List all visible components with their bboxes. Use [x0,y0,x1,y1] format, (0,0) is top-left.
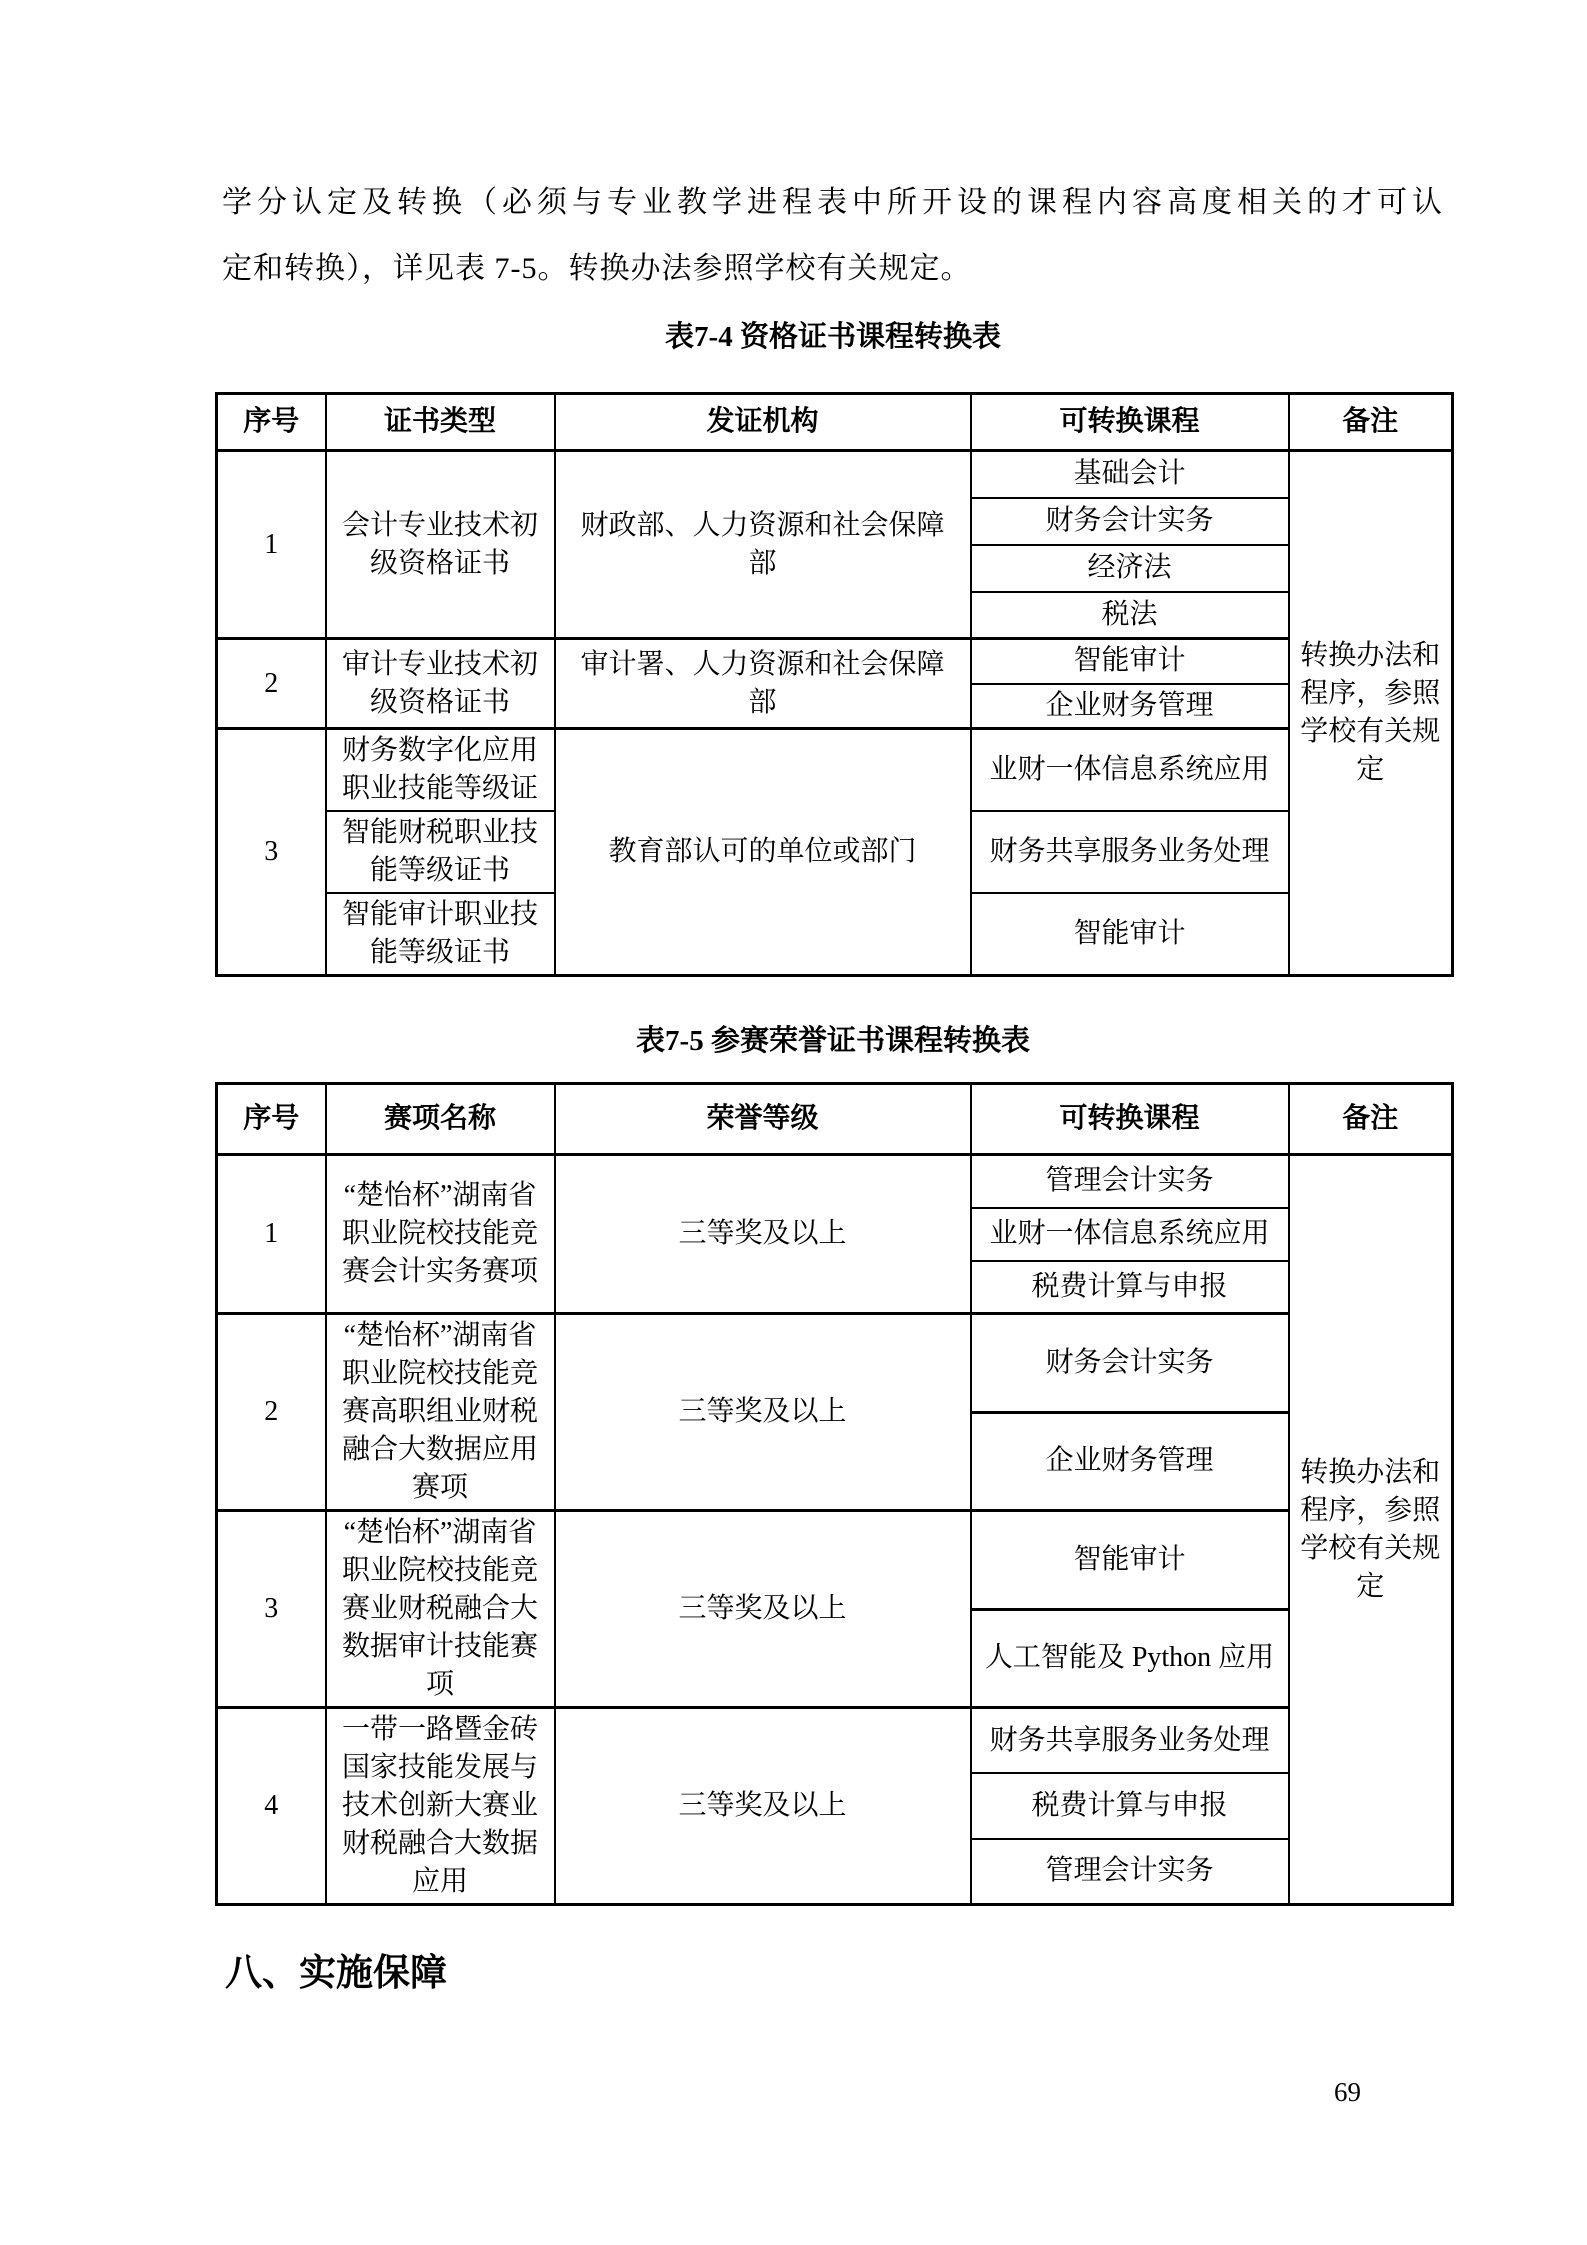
header-no: 序号 [217,1084,326,1155]
cell-cert-type: 审计专业技术初级资格证书 [326,639,555,729]
cell-course: 人工智能及 Python 应用 [971,1609,1289,1708]
cell-cert-type: 财务数字化应用职业技能等级证 [326,729,555,812]
cell-no: 3 [217,1511,326,1708]
page-number: 69 [1334,2076,1361,2108]
cell-course: 经济法 [971,545,1289,592]
cell-no: 2 [217,1314,326,1511]
cell-course: 财务共享服务业务处理 [971,1708,1289,1774]
cell-course: 业财一体信息系统应用 [971,1208,1289,1261]
cell-course: 财务共享服务业务处理 [971,811,1289,893]
header-note: 备注 [1289,1084,1453,1155]
table-row: 1会计专业技术初级资格证书财政部、人力资源和社会保障部基础会计转换办法和程序，参… [217,451,1453,498]
cell-course: 税法 [971,592,1289,639]
cell-honor-grade: 三等奖及以上 [555,1155,971,1314]
cell-no: 1 [217,1155,326,1314]
cell-course: 财务会计实务 [971,498,1289,545]
cell-cert-type: 会计专业技术初级资格证书 [326,451,555,639]
document-page: { "paragraph": { "line1": "学分认定及转换（必须与专业… [0,0,1587,2245]
section-heading: 八、实施保障 [225,1950,447,1996]
cell-cert-type: 智能审计职业技能等级证书 [326,893,555,976]
cell-event-name: “楚怡杯”湖南省职业院校技能竞赛会计实务赛项 [326,1155,555,1314]
cell-course: 智能审计 [971,1511,1289,1610]
header-no: 序号 [217,394,326,451]
cell-no: 3 [217,729,326,976]
header-event-name: 赛项名称 [326,1084,555,1155]
cell-course: 税费计算与申报 [971,1261,1289,1314]
header-course: 可转换课程 [971,394,1289,451]
cell-honor-grade: 三等奖及以上 [555,1314,971,1511]
table-7-5-caption: 表7-5 参赛荣誉证书课程转换表 [215,1024,1451,1058]
cell-honor-grade: 三等奖及以上 [555,1511,971,1708]
cell-course: 税费计算与申报 [971,1773,1289,1839]
table-7-4: 序号证书类型发证机构可转换课程备注1会计专业技术初级资格证书财政部、人力资源和社… [215,392,1454,977]
cell-no: 2 [217,639,326,729]
cell-course: 基础会计 [971,451,1289,498]
header-course: 可转换课程 [971,1084,1289,1155]
cell-cert-type: 智能财税职业技能等级证书 [326,811,555,893]
table-row: 2审计专业技术初级资格证书审计署、人力资源和社会保障部智能审计 [217,639,1453,684]
cell-course: 企业财务管理 [971,1412,1289,1511]
cell-issuer: 财政部、人力资源和社会保障部 [555,451,971,639]
header-note: 备注 [1289,394,1453,451]
header-cert-type: 证书类型 [326,394,555,451]
cell-event-name: 一带一路暨金砖国家技能发展与技术创新大赛业财税融合大数据应用 [326,1708,555,1905]
cell-event-name: “楚怡杯”湖南省职业院校技能竞赛业财税融合大数据审计技能赛项 [326,1511,555,1708]
paragraph-line-1: 学分认定及转换（必须与专业教学进程表中所开设的课程内容高度相关的才可认 [222,183,1462,223]
cell-note: 转换办法和程序，参照学校有关规定 [1289,451,1453,976]
cell-course: 财务会计实务 [971,1314,1289,1413]
table-row: 3“楚怡杯”湖南省职业院校技能竞赛业财税融合大数据审计技能赛项三等奖及以上智能审… [217,1511,1453,1610]
table-row: 2“楚怡杯”湖南省职业院校技能竞赛高职组业财税融合大数据应用赛项三等奖及以上财务… [217,1314,1453,1413]
cell-course: 智能审计 [971,893,1289,976]
cell-no: 1 [217,451,326,639]
table-7-4-caption: 表7-4 资格证书课程转换表 [215,320,1451,354]
cell-event-name: “楚怡杯”湖南省职业院校技能竞赛高职组业财税融合大数据应用赛项 [326,1314,555,1511]
cell-note: 转换办法和程序，参照学校有关规定 [1289,1155,1453,1905]
cell-honor-grade: 三等奖及以上 [555,1708,971,1905]
cell-course: 智能审计 [971,639,1289,684]
header-issuer: 发证机构 [555,394,971,451]
cell-issuer: 教育部认可的单位或部门 [555,729,971,976]
paragraph-line-2: 定和转换），详见表 7-5。转换办法参照学校有关规定。 [222,249,1462,289]
table-row: 4一带一路暨金砖国家技能发展与技术创新大赛业财税融合大数据应用三等奖及以上财务共… [217,1708,1453,1774]
cell-course: 企业财务管理 [971,684,1289,729]
table-row: 3财务数字化应用职业技能等级证教育部认可的单位或部门业财一体信息系统应用 [217,729,1453,812]
header-honor-grade: 荣誉等级 [555,1084,971,1155]
table-row: 1“楚怡杯”湖南省职业院校技能竞赛会计实务赛项三等奖及以上管理会计实务转换办法和… [217,1155,1453,1208]
cell-course: 管理会计实务 [971,1839,1289,1905]
cell-no: 4 [217,1708,326,1905]
table-7-5: 序号赛项名称荣誉等级可转换课程备注1“楚怡杯”湖南省职业院校技能竞赛会计实务赛项… [215,1082,1454,1906]
cell-course: 管理会计实务 [971,1155,1289,1208]
cell-issuer: 审计署、人力资源和社会保障部 [555,639,971,729]
cell-course: 业财一体信息系统应用 [971,729,1289,812]
